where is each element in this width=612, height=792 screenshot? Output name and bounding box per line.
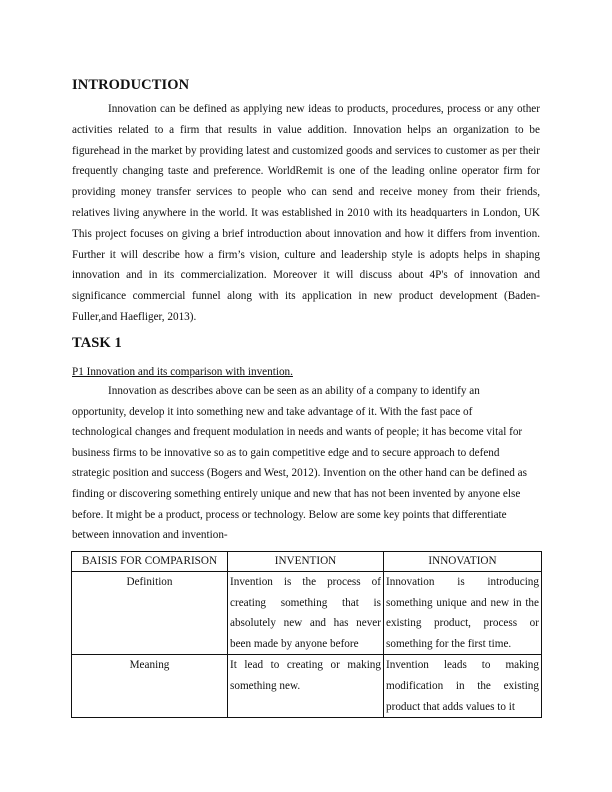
header-basis: BAISIS FOR COMPARISON bbox=[72, 552, 228, 572]
invention-cell: Invention is the process of creating som… bbox=[228, 572, 384, 655]
innovation-cell: Innovation is introducing something uniq… bbox=[384, 572, 542, 655]
task1-heading: TASK 1 bbox=[72, 335, 122, 352]
innovation-cell: Invention leads to making modification i… bbox=[384, 655, 542, 718]
introduction-heading: INTRODUCTION bbox=[72, 77, 189, 94]
introduction-paragraph: Innovation can be defined as applying ne… bbox=[72, 99, 540, 328]
task1-text: Innovation as describes above can be see… bbox=[72, 385, 527, 541]
header-innovation: INNOVATION bbox=[384, 552, 542, 572]
introduction-text: Innovation can be defined as applying ne… bbox=[72, 103, 540, 323]
table-row: Definition Invention is the process of c… bbox=[72, 572, 542, 655]
document-page: INTRODUCTION Innovation can be defined a… bbox=[0, 0, 612, 792]
comparison-table: BAISIS FOR COMPARISON INVENTION INNOVATI… bbox=[71, 551, 542, 718]
invention-cell: It lead to creating or making something … bbox=[228, 655, 384, 718]
basis-cell: Definition bbox=[72, 572, 228, 655]
task1-paragraph: Innovation as describes above can be see… bbox=[72, 381, 534, 546]
task1-subheading: P1 Innovation and its comparison with in… bbox=[72, 366, 293, 378]
table-row: Meaning It lead to creating or making so… bbox=[72, 655, 542, 718]
table-header-row: BAISIS FOR COMPARISON INVENTION INNOVATI… bbox=[72, 552, 542, 572]
basis-cell: Meaning bbox=[72, 655, 228, 718]
header-invention: INVENTION bbox=[228, 552, 384, 572]
